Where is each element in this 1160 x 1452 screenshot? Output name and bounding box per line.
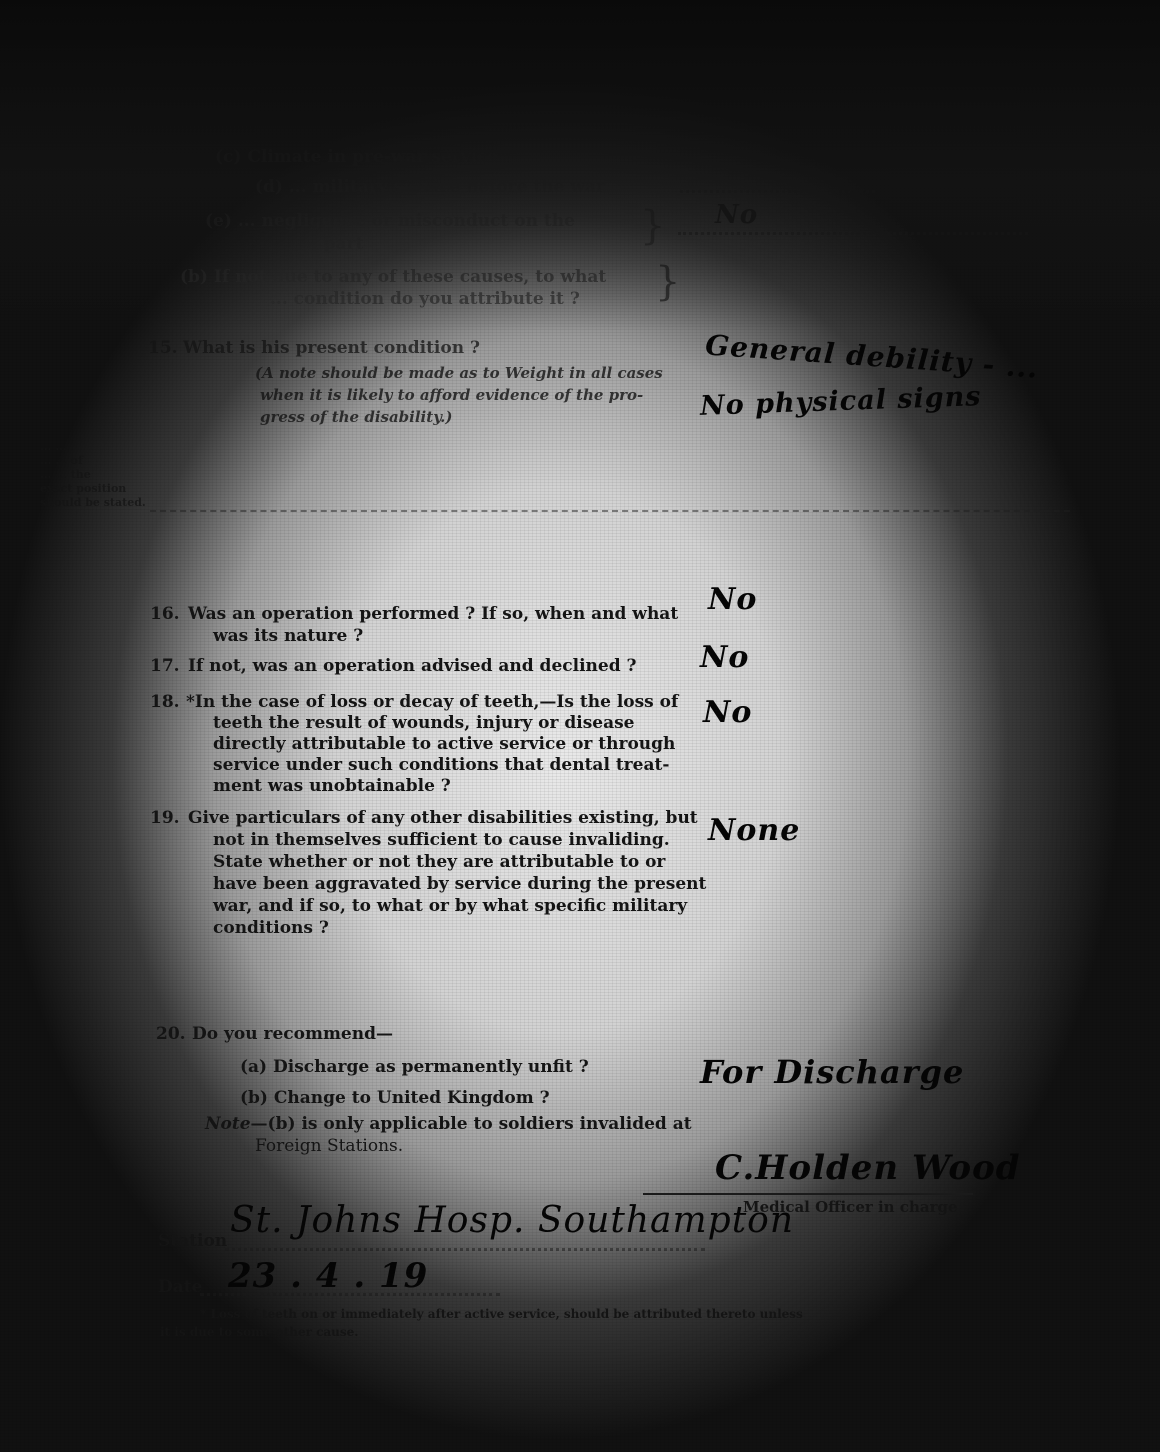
note-prefix: Note bbox=[205, 1114, 251, 1134]
q17-line1: If not, was an operation advised and dec… bbox=[188, 655, 636, 677]
q18-line5: ment was unobtainable ? bbox=[213, 775, 451, 797]
q15-number: 15. bbox=[148, 337, 178, 359]
answer-dots bbox=[678, 232, 1028, 235]
q20-option-b: (b) Change to United Kingdom ? bbox=[240, 1087, 550, 1109]
margin-note-line: ... ... the bbox=[40, 468, 146, 482]
q16-number: 16. bbox=[150, 603, 180, 625]
q20-number: 20. bbox=[156, 1023, 186, 1045]
q18-line3: directly attributable to active service … bbox=[213, 733, 675, 755]
answer-q18: No bbox=[703, 695, 752, 730]
q20-option-a: (a) Discharge as permanently unfit ? bbox=[240, 1056, 589, 1078]
q18-line2: teeth the result of wounds, injury or di… bbox=[213, 712, 634, 734]
q18-line4: service under such conditions that denta… bbox=[213, 754, 669, 776]
q20-note-line1: Note—(b) is only applicable to soldiers … bbox=[205, 1113, 692, 1135]
q17-number: 17. bbox=[150, 655, 180, 677]
item-q14b-line1: (b) If not due to any of these causes, t… bbox=[180, 266, 606, 288]
q15-note-line2: when it is likely to afford evidence of … bbox=[260, 386, 643, 404]
answer-negligence: No bbox=[715, 200, 758, 230]
station-dots bbox=[225, 1248, 705, 1251]
q19-line3: State whether or not they are attributab… bbox=[213, 851, 665, 873]
answer-dots bbox=[680, 190, 875, 193]
answer-q20: For Discharge bbox=[700, 1053, 964, 1091]
station-label: Station bbox=[158, 1230, 227, 1252]
item-q14b-line2: ... condition do you attribute it ? bbox=[270, 288, 580, 310]
brace-symbol: } bbox=[655, 262, 680, 302]
answer-q17: No bbox=[700, 640, 749, 675]
date-value: 23 . 4 . 19 bbox=[228, 1256, 428, 1296]
q19-line4: have been aggravated by service during t… bbox=[213, 873, 706, 895]
margin-note-line: exact position bbox=[40, 482, 146, 496]
item-prewar-climate: (c) Climate in pre-war service bbox=[215, 146, 498, 168]
q16-line1: Was an operation performed ? If so, when… bbox=[188, 603, 678, 625]
station-value: St. Johns Hosp. Southampton bbox=[230, 1200, 794, 1241]
footnote-line2: it is due to some other cause. bbox=[160, 1325, 358, 1339]
q19-number: 19. bbox=[150, 807, 180, 829]
q16-line2: was its nature ? bbox=[213, 625, 363, 647]
q15-note-line3: gress of the disability.) bbox=[260, 408, 453, 426]
note-text: —(b) is only applicable to soldiers inva… bbox=[251, 1114, 692, 1134]
margin-note: ... ... ... ... of ... ... the exact pos… bbox=[40, 440, 146, 510]
signature-line bbox=[643, 1193, 973, 1195]
item-negligence-line1: (e) ... negligence or misconduct on the bbox=[205, 210, 575, 232]
q20-note-line2: Foreign Stations. bbox=[255, 1135, 403, 1157]
answer-q19: None bbox=[708, 813, 800, 848]
margin-note-line: ... ... bbox=[40, 440, 146, 454]
q19-line2: not in themselves sufficient to cause in… bbox=[213, 829, 670, 851]
answer-q16: No bbox=[708, 582, 757, 617]
section-divider bbox=[150, 510, 1070, 512]
brace-symbol: } bbox=[640, 206, 665, 246]
margin-note-line: should be stated. bbox=[40, 496, 146, 510]
q19-line6: conditions ? bbox=[213, 917, 329, 939]
margin-note-line: ... ... of bbox=[40, 454, 146, 468]
date-label: Date bbox=[158, 1276, 202, 1298]
item-negligence-line2: ... part bbox=[300, 233, 363, 255]
medical-officer-signature: C.Holden Wood bbox=[715, 1148, 1021, 1188]
q19-line1: Give particulars of any other disabiliti… bbox=[188, 807, 698, 829]
q15-note-line1: (A note should be made as to Weight in a… bbox=[255, 364, 663, 382]
footnote-line1: * Loss of teeth on or immediately after … bbox=[200, 1307, 803, 1321]
item-prewar-military: (d) ... military service before the war bbox=[255, 176, 605, 198]
q18-line1: *In the case of loss or decay of teeth,—… bbox=[186, 691, 678, 713]
q19-line5: war, and if so, to what or by what speci… bbox=[213, 895, 687, 917]
q20-label: Do you recommend— bbox=[192, 1023, 393, 1045]
q15-label: What is his present condition ? bbox=[183, 337, 480, 359]
q18-number: 18. bbox=[150, 691, 180, 713]
